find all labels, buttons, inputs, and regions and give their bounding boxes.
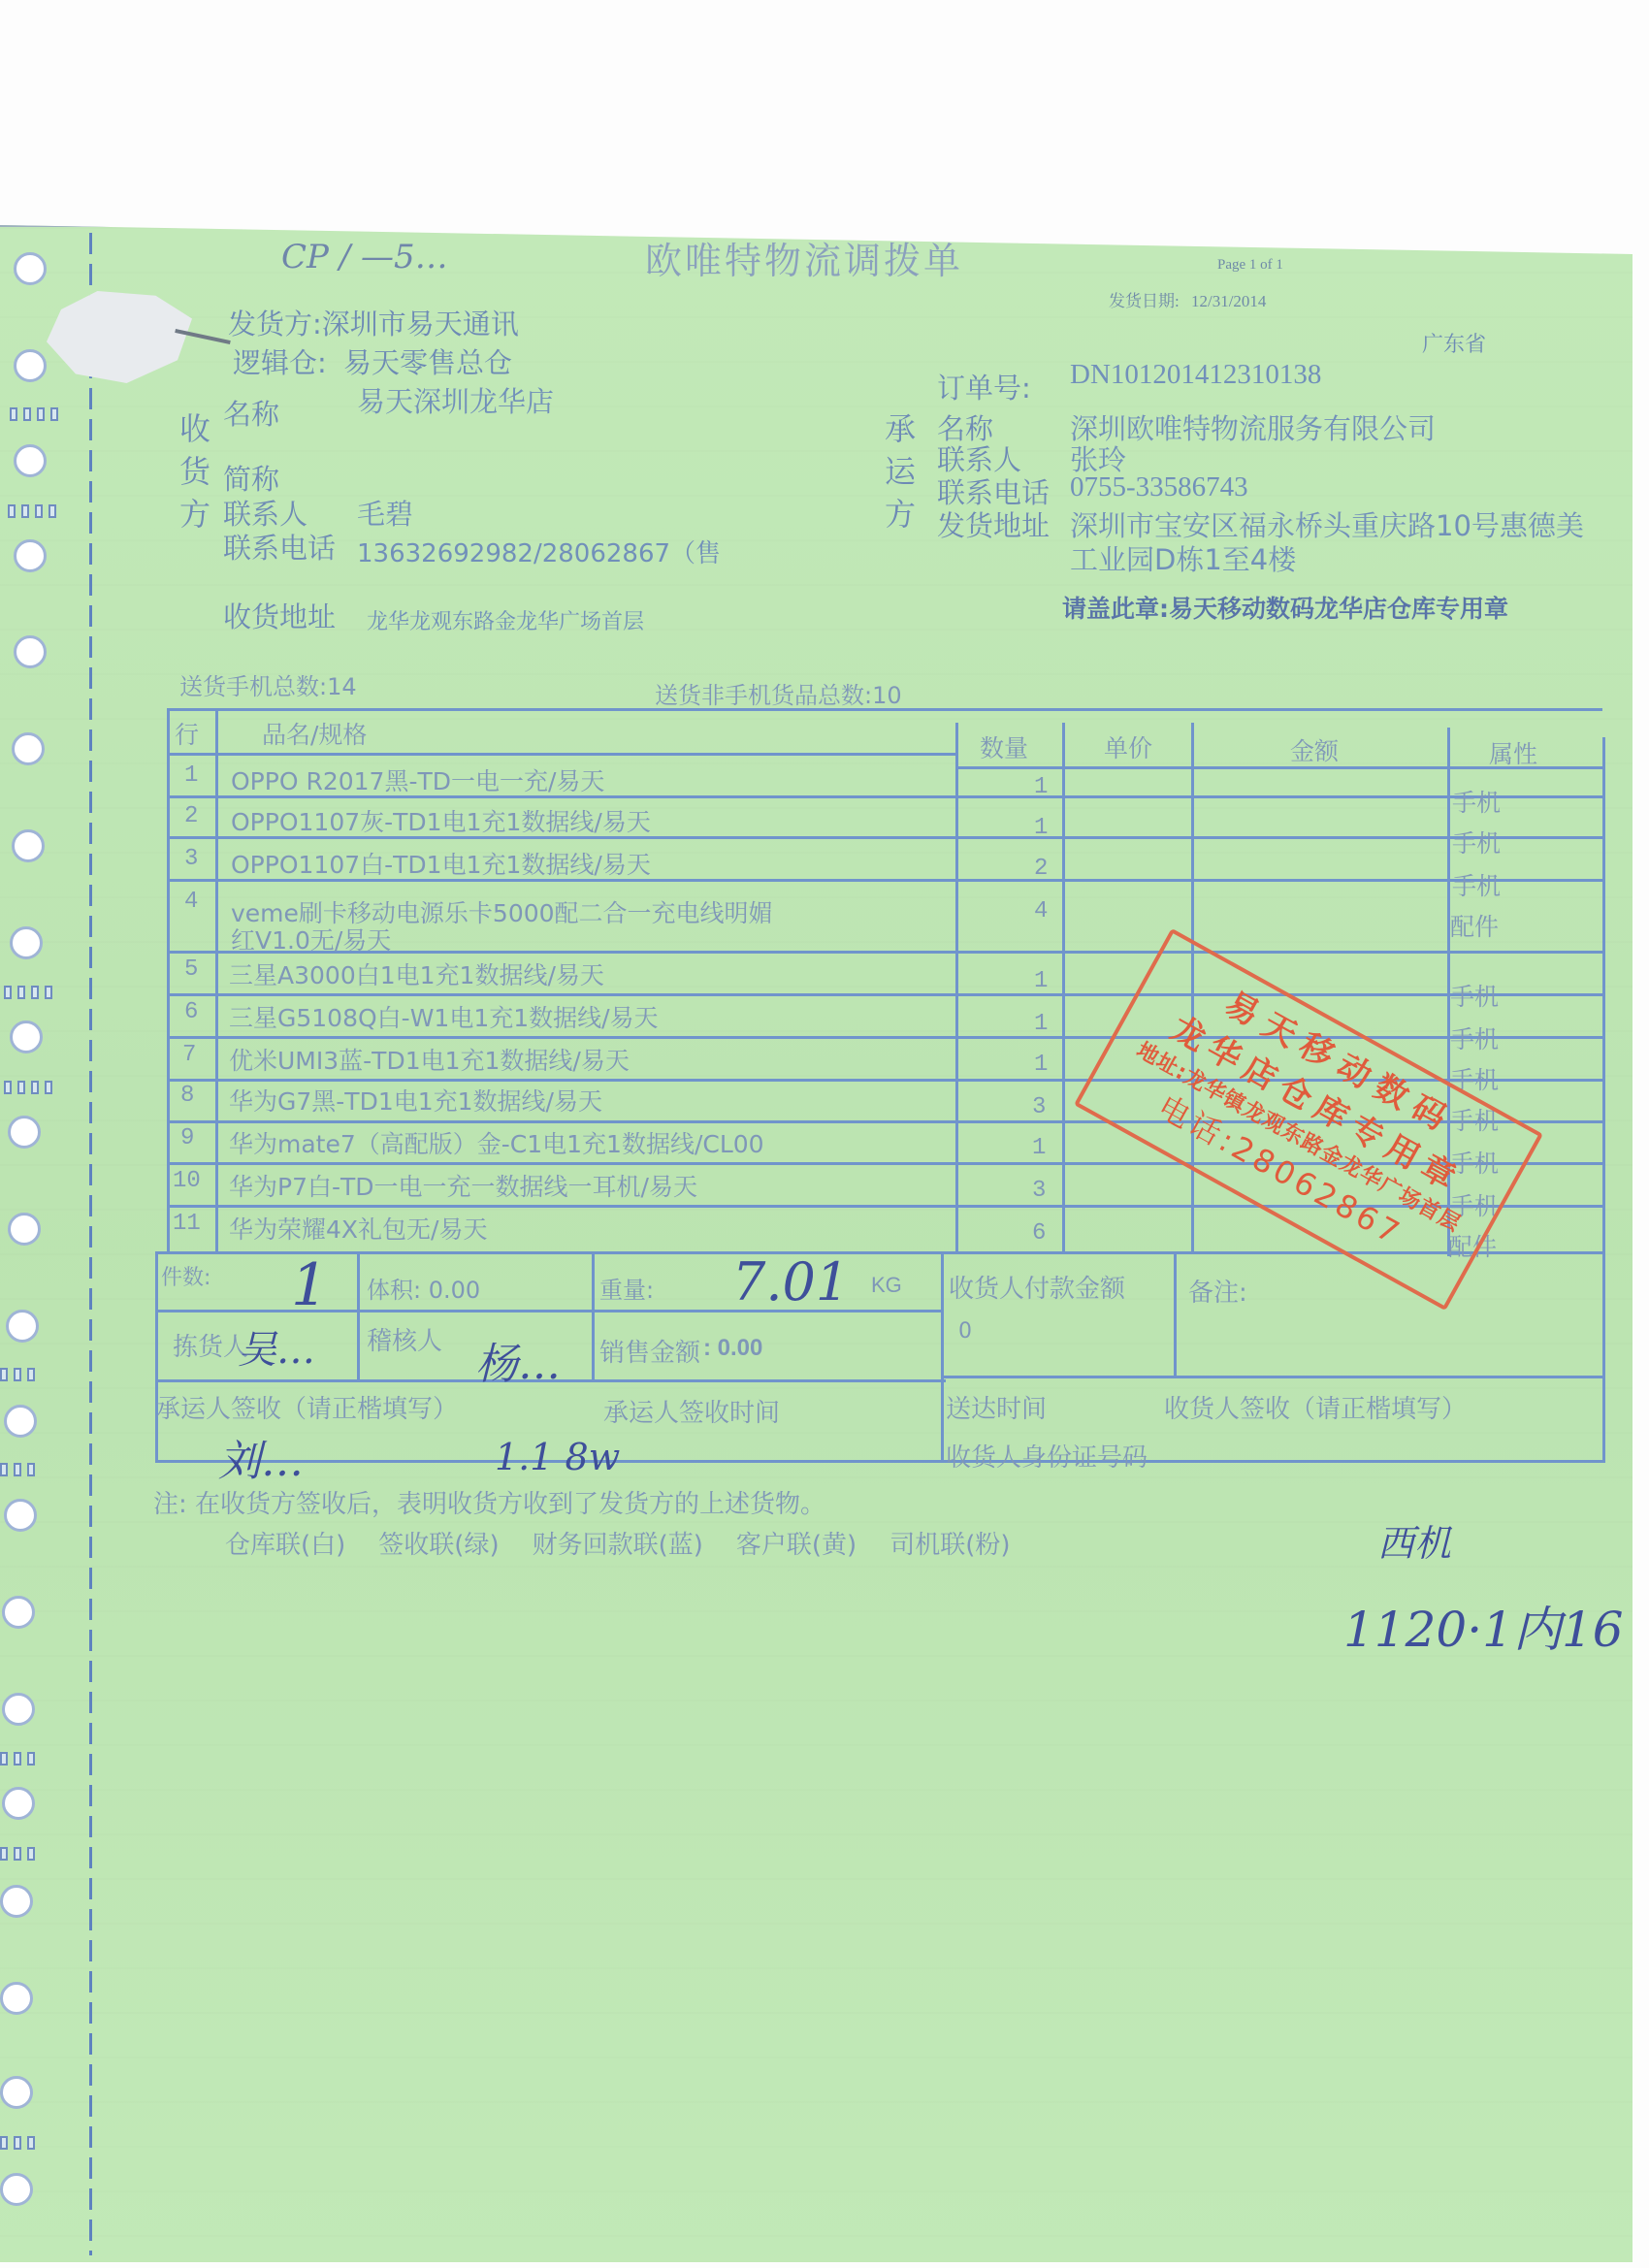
- item-qty: 1: [1034, 815, 1048, 841]
- feed-hole-icon: [6, 1310, 39, 1343]
- checker-signature: 杨…: [475, 1329, 561, 1391]
- item-name: 优米UMI3蓝-TD1电1充1数据线/易天: [229, 1042, 630, 1077]
- col-divider: [215, 708, 218, 1253]
- delivery-time-label: 送达时间: [946, 1389, 1047, 1425]
- item-qty: 1: [1034, 1052, 1048, 1078]
- consignee-short-label: 简称: [223, 458, 279, 498]
- item-qty: 3: [1032, 1178, 1046, 1204]
- col-divider: [1602, 737, 1605, 1256]
- col-header-name: 品名/规格: [262, 716, 367, 751]
- feed-hole-icon: [0, 2076, 33, 2109]
- carrier-phone-value: 0755-33586743: [1070, 471, 1248, 503]
- carrier-sign-time-label: 承运人签收时间: [603, 1393, 780, 1429]
- item-qty: 6: [1032, 1220, 1046, 1247]
- pieces-value: 1: [291, 1251, 328, 1319]
- item-qty: 1: [1032, 1135, 1046, 1161]
- shipper-value: 深圳市易天通讯: [322, 308, 519, 340]
- item-name: OPPO R2017黑-TD一电一充/易天: [231, 762, 604, 797]
- feed-hole-icon: [4, 1499, 37, 1532]
- footer-col: [155, 1251, 158, 1463]
- consignee-name-label: 名称: [223, 393, 279, 433]
- carrier-address-label: 发货地址: [937, 504, 1050, 544]
- alignment-marks-icon: [8, 504, 56, 518]
- carrier-sign-time: 1.1 8w: [495, 1436, 620, 1478]
- payment-value: 0: [958, 1319, 972, 1344]
- footer-col: [1602, 1251, 1605, 1463]
- row-number: 5: [184, 956, 198, 983]
- weight-label: 重量:: [599, 1271, 654, 1305]
- row-number: 7: [182, 1042, 196, 1068]
- row-number: 4: [184, 889, 198, 915]
- phone-total: 送货手机总数:14: [179, 667, 357, 701]
- consignee-address-label: 收货地址: [223, 596, 336, 635]
- carrier-address-line2: 工业园D栋1至4楼: [1070, 538, 1296, 578]
- item-name: 三星G5108Q白-W1电1充1数据线/易天: [229, 999, 659, 1034]
- item-attr: 手机: [1452, 867, 1501, 902]
- handwritten-top-note: CP / —5…: [281, 238, 448, 276]
- consignee-phone-value: 13632692982/28062867（售: [357, 534, 721, 569]
- payment-label: 收货人付款金额: [949, 1269, 1125, 1305]
- receiver-id-label: 收货人身份证号码: [946, 1438, 1148, 1474]
- order-number-value: DN101201412310138: [1070, 359, 1321, 391]
- non-phone-total: 送货非手机货品总数:10: [655, 676, 902, 710]
- feed-hole-icon: [12, 829, 45, 862]
- item-qty: 3: [1032, 1094, 1046, 1120]
- feed-hole-icon: [0, 1982, 33, 2015]
- row-number: 11: [173, 1211, 201, 1237]
- warehouse-value: 易天零售总仓: [343, 346, 512, 379]
- ship-date: 发货日期: 12/31/2014: [1109, 287, 1266, 311]
- picker-signature: 吴…: [238, 1319, 315, 1375]
- item-attr: 手机: [1452, 784, 1501, 819]
- copy-finance: 财务回款联(蓝): [533, 1525, 703, 1561]
- alignment-marks-icon: [0, 2136, 35, 2150]
- row-number: 2: [184, 803, 198, 829]
- stamp-instruction: 请盖此章:易天移动数码龙华店仓库专用章: [1062, 590, 1508, 625]
- col-header-row: 行: [175, 716, 199, 751]
- non-phone-total-label: 送货非手机货品总数:: [655, 682, 872, 709]
- footer-col: [357, 1251, 360, 1379]
- col-divider: [167, 708, 170, 1253]
- footer-divider: [941, 1376, 1605, 1378]
- feed-hole-icon: [2, 1787, 35, 1820]
- col-header-qty: 数量: [980, 729, 1028, 764]
- item-qty: 2: [1034, 856, 1048, 882]
- feed-hole-icon: [14, 539, 47, 572]
- table-border: [167, 708, 1602, 711]
- copy-warehouse: 仓库联(白): [225, 1525, 345, 1561]
- col-header-attr: 属性: [1489, 735, 1537, 770]
- alignment-marks-icon: [0, 1368, 35, 1381]
- row-number: 8: [180, 1083, 194, 1109]
- item-qty: 1: [1034, 1011, 1048, 1037]
- alignment-marks-icon: [0, 1752, 35, 1766]
- item-name: 华为荣耀4X礼包无/易天: [229, 1211, 487, 1246]
- pieces-label: 件数:: [161, 1261, 210, 1291]
- item-name: OPPO1107白-TD1电1充1数据线/易天: [231, 846, 651, 881]
- alignment-marks-icon: [0, 1847, 35, 1861]
- row-divider: [167, 993, 1602, 996]
- item-attr: 手机: [1450, 1021, 1499, 1055]
- phone-total-value: 14: [327, 673, 357, 700]
- page-indicator: Page 1 of 1: [1217, 257, 1283, 274]
- feed-hole-icon: [10, 1021, 43, 1053]
- warehouse-row: 逻辑仓: 易天零售总仓: [233, 341, 512, 381]
- feed-hole-icon: [0, 1885, 33, 1918]
- alignment-marks-icon: [0, 1463, 35, 1476]
- feed-hole-icon: [14, 349, 47, 382]
- carrier-sign-label: 承运人签收（请正楷填写）: [155, 1389, 458, 1425]
- feed-hole-icon: [4, 1405, 37, 1438]
- footer-col: [941, 1253, 944, 1462]
- non-phone-total-value: 10: [872, 682, 902, 709]
- alignment-marks-icon: [4, 986, 52, 999]
- feed-hole-icon: [2, 1693, 35, 1726]
- feed-hole-icon: [14, 635, 47, 668]
- phone-total-label: 送货手机总数:: [179, 673, 327, 700]
- row-number: 6: [184, 999, 198, 1025]
- item-name: 华为G7黑-TD1电1充1数据线/易天: [229, 1083, 602, 1118]
- item-attr: 手机: [1452, 825, 1501, 859]
- weight-unit: KG: [871, 1273, 902, 1298]
- receiver-sign-label: 收货人签收（请正楷填写）: [1164, 1389, 1467, 1425]
- receipt-note: 注: 在收货方签收后，表明收货方收到了发货方的上述货物。: [153, 1484, 825, 1520]
- consignee-side-label: 收货方: [179, 407, 214, 535]
- shipper-row: 发货方:深圳市易天通讯: [228, 303, 519, 342]
- checker-label: 稽核人: [367, 1321, 442, 1357]
- alignment-marks-icon: [10, 407, 58, 421]
- feed-hole-icon: [2, 1596, 35, 1629]
- consignee-contact-value: 毛碧: [357, 493, 413, 533]
- footer-col: [1174, 1251, 1177, 1377]
- weight-value: 7.01: [732, 1251, 849, 1312]
- remarks-label: 备注:: [1188, 1273, 1247, 1309]
- row-number: 10: [173, 1168, 201, 1194]
- item-name: 华为P7白-TD一电一充一数据线一耳机/易天: [229, 1168, 697, 1203]
- item-qty: 4: [1034, 898, 1048, 924]
- item-name-line2: 红V1.0无/易天: [231, 922, 391, 956]
- feed-hole-icon: [10, 926, 43, 959]
- copy-distribution: 仓库联(白) 签收联(绿) 财务回款联(蓝) 客户联(黄) 司机联(粉): [225, 1525, 1010, 1561]
- col-header-amount: 金额: [1290, 732, 1339, 767]
- handwritten-note-1: 西机: [1377, 1513, 1451, 1567]
- copy-receipt: 签收联(绿): [378, 1525, 499, 1561]
- consignee-name-value: 易天深圳龙华店: [357, 380, 554, 420]
- warehouse-label: 逻辑仓:: [233, 346, 327, 379]
- table-border: [167, 753, 957, 756]
- province: 广东省: [1422, 328, 1486, 358]
- item-qty: 1: [1034, 774, 1048, 800]
- feed-hole-icon: [8, 1116, 41, 1149]
- copy-driver: 司机联(粉): [889, 1525, 1010, 1561]
- row-divider: [167, 1036, 1602, 1039]
- item-attr: 配件: [1450, 908, 1499, 943]
- order-number-label: 订单号:: [937, 367, 1031, 406]
- sales-amount-label: 销售金额: [599, 1333, 700, 1369]
- shipper-label: 发货方:: [228, 308, 322, 340]
- volume-label: 体积: 0.00: [367, 1271, 480, 1305]
- item-name: OPPO1107灰-TD1电1充1数据线/易天: [231, 803, 651, 838]
- ship-date-label: 发货日期:: [1109, 292, 1180, 310]
- perforation-line: [89, 233, 92, 2255]
- alignment-marks-icon: [4, 1081, 52, 1094]
- item-name: 三星A3000白1电1充1数据线/易天: [229, 956, 604, 991]
- copy-customer: 客户联(黄): [736, 1525, 857, 1561]
- row-number: 3: [184, 846, 198, 872]
- item-name: 华为mate7（高配版）金-C1电1充1数据线/CL00: [229, 1125, 764, 1160]
- item-attr: 手机: [1450, 978, 1499, 1013]
- col-divider: [955, 723, 958, 1251]
- row-number: 9: [180, 1125, 194, 1151]
- consignee-phone-label: 联系电话: [223, 527, 336, 567]
- consignee-address-value: 龙华龙观东路金龙华广场首层: [367, 605, 644, 635]
- sales-amount-value: : 0.00: [703, 1335, 762, 1362]
- handwritten-note-2: 1120·1内16: [1343, 1591, 1624, 1661]
- row-number: 1: [184, 762, 198, 789]
- col-divider: [1062, 723, 1065, 1251]
- col-header-price: 单价: [1104, 729, 1152, 764]
- feed-hole-icon: [0, 2173, 33, 2206]
- document-title: 欧唯特物流调拨单: [645, 231, 963, 284]
- footer-col: [592, 1253, 595, 1381]
- footer-divider: [155, 1460, 1605, 1463]
- feed-hole-icon: [14, 252, 47, 285]
- feed-hole-icon: [12, 732, 45, 765]
- feed-hole-icon: [14, 444, 47, 477]
- feed-hole-icon: [8, 1213, 41, 1246]
- item-qty: 1: [1034, 968, 1048, 994]
- ship-date-value: 12/31/2014: [1191, 292, 1266, 310]
- carrier-side-label: 承运方: [885, 407, 920, 535]
- carrier-signature: 刘…: [218, 1426, 304, 1488]
